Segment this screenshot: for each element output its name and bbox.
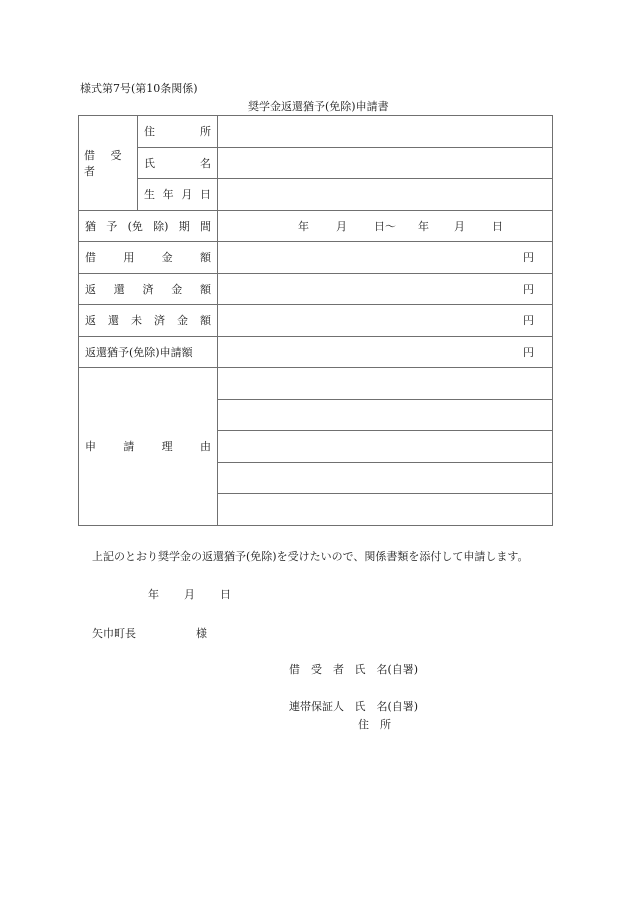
reason-line-2[interactable] xyxy=(218,399,553,431)
reason-label: 申請理由 xyxy=(79,368,218,526)
name-label: 氏名 xyxy=(138,147,218,179)
requested-amount-field[interactable]: 円 xyxy=(218,336,553,368)
application-table: 借 受 者 住所 氏名 生年月日 猶予(免除)期間 年 月 日〜 年 月 日 借… xyxy=(78,115,553,526)
application-date[interactable]: 年月日 xyxy=(148,586,256,602)
reason-line-5[interactable] xyxy=(218,494,553,526)
yen-unit: 円 xyxy=(523,251,534,264)
unrepaid-amount-field[interactable]: 円 xyxy=(218,305,553,337)
yen-unit: 円 xyxy=(523,346,534,359)
birthdate-field[interactable] xyxy=(218,179,553,211)
yen-unit: 円 xyxy=(523,283,534,296)
borrower-signature[interactable]: 借 受 者 氏 名(自署) xyxy=(289,661,418,677)
address-label: 住所 xyxy=(138,116,218,148)
loan-amount-label: 借用金額 xyxy=(79,242,218,274)
form-number: 様式第7号(第10条関係) xyxy=(80,80,198,96)
honorific: 様 xyxy=(196,625,207,641)
period-field[interactable]: 年 月 日〜 年 月 日 xyxy=(218,210,553,242)
reason-line-4[interactable] xyxy=(218,462,553,494)
guarantor-address[interactable]: 住 所 xyxy=(358,716,391,732)
form-title: 奨学金返還猶予(免除)申請書 xyxy=(248,98,389,114)
period-label: 猶予(免除)期間 xyxy=(79,210,218,242)
requested-amount-label: 返還猶予(免除)申請額 xyxy=(79,336,218,368)
guarantor-signature[interactable]: 連帯保証人 氏 名(自署) xyxy=(289,698,418,714)
address-field[interactable] xyxy=(218,116,553,148)
yen-unit: 円 xyxy=(523,314,534,327)
application-statement: 上記のとおり奨学金の返還猶予(免除)を受けたいので、関係書類を添付して申請します… xyxy=(92,548,528,564)
reason-line-3[interactable] xyxy=(218,431,553,463)
reason-line-1[interactable] xyxy=(218,368,553,400)
unrepaid-amount-label: 返還未済金額 xyxy=(79,305,218,337)
repaid-amount-field[interactable]: 円 xyxy=(218,273,553,305)
loan-amount-field[interactable]: 円 xyxy=(218,242,553,274)
name-field[interactable] xyxy=(218,147,553,179)
borrower-group-label: 借 受 者 xyxy=(79,116,138,211)
birthdate-label: 生年月日 xyxy=(138,179,218,211)
repaid-amount-label: 返還済金額 xyxy=(79,273,218,305)
addressee: 矢巾町長 xyxy=(92,625,136,641)
